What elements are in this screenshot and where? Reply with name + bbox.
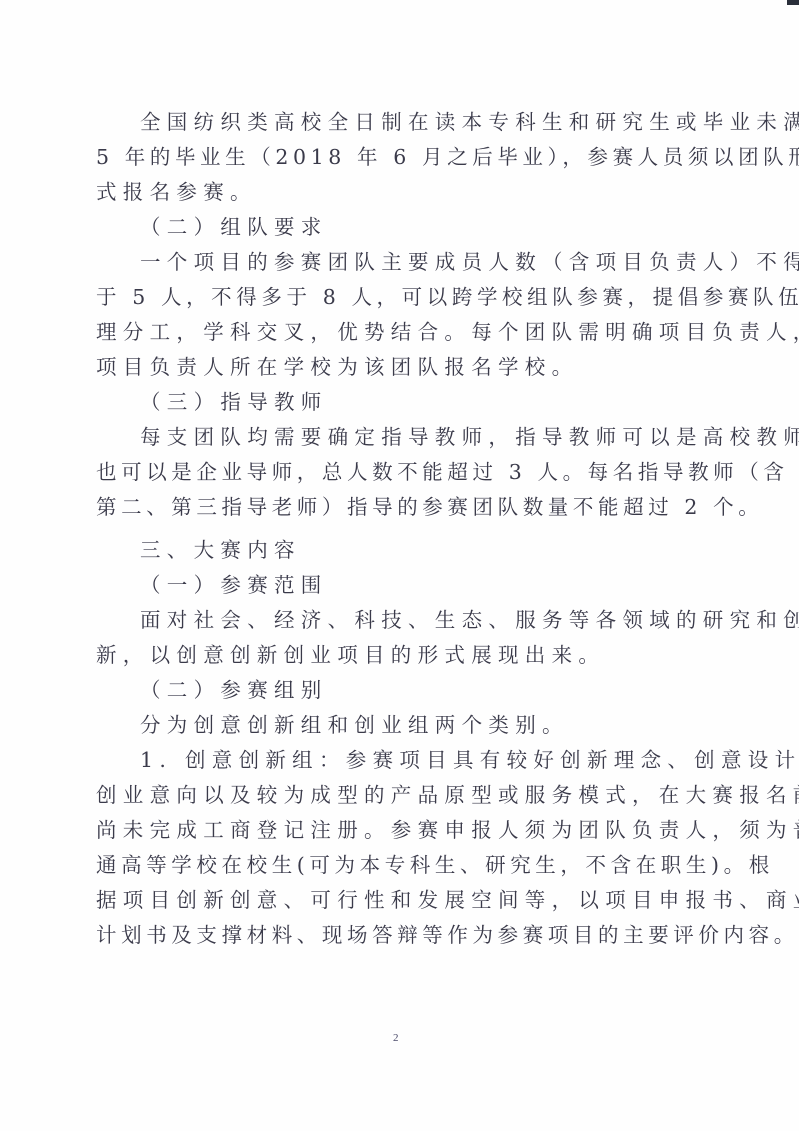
paragraph-innovation-line-4: 通高等学校在校生(可为本专科生、研究生，不含在职生)。根 xyxy=(96,848,704,883)
scanned-page: 全国纺织类高校全日制在读本专科生和研究生或毕业未满 5 年的毕业生（2018 年… xyxy=(0,0,799,1131)
paragraph-categories: 分为创意创新组和创业组两个类别。 xyxy=(96,708,704,743)
paragraph-team-line-4: 项目负责人所在学校为该团队报名学校。 xyxy=(96,350,704,385)
heading-contest-content: 三、大赛内容 xyxy=(96,533,704,568)
paragraph-advisors-line-3: 第二、第三指导老师）指导的参赛团队数量不能超过 2 个。 xyxy=(96,490,704,525)
paragraph-innovation-line-5: 据项目创新创意、可行性和发展空间等，以项目申报书、商业 xyxy=(96,883,704,918)
paragraph-advisors-line-1: 每支团队均需要确定指导教师，指导教师可以是高校教师， xyxy=(96,420,704,455)
heading-advisors: （三）指导教师 xyxy=(96,385,704,420)
paragraph-innovation-line-3: 尚未完成工商登记注册。参赛申报人须为团队负责人，须为普 xyxy=(96,813,704,848)
paragraph-eligibility-line-2: 5 年的毕业生（2018 年 6 月之后毕业），参赛人员须以团队形 xyxy=(96,140,704,175)
paragraph-team-line-3: 理分工，学科交叉，优势结合。每个团队需明确项目负责人，以 xyxy=(96,315,704,350)
paragraph-eligibility-line-1: 全国纺织类高校全日制在读本专科生和研究生或毕业未满 xyxy=(96,105,704,140)
heading-categories: （二）参赛组别 xyxy=(96,673,704,708)
section-gap xyxy=(96,525,704,533)
paragraph-eligibility-line-3: 式报名参赛。 xyxy=(96,175,704,210)
paragraph-team-line-2: 于 5 人，不得多于 8 人，可以跨学校组队参赛，提倡参赛队伍合 xyxy=(96,280,704,315)
scan-edge-artifact xyxy=(787,0,799,5)
paragraph-scope-line-1: 面对社会、经济、科技、生态、服务等各领域的研究和创 xyxy=(96,603,704,638)
paragraph-team-line-1: 一个项目的参赛团队主要成员人数（含项目负责人）不得少 xyxy=(96,245,704,280)
paragraph-innovation-line-1: 1. 创意创新组：参赛项目具有较好创新理念、创意设计或 xyxy=(96,743,704,778)
document-body: 全国纺织类高校全日制在读本专科生和研究生或毕业未满 5 年的毕业生（2018 年… xyxy=(96,105,704,953)
page-number: 2 xyxy=(393,1032,399,1044)
paragraph-innovation-line-6: 计划书及支撑材料、现场答辩等作为参赛项目的主要评价内容。 xyxy=(96,918,704,953)
heading-scope: （一）参赛范围 xyxy=(96,568,704,603)
paragraph-scope-line-2: 新，以创意创新创业项目的形式展现出来。 xyxy=(96,638,704,673)
paragraph-advisors-line-2: 也可以是企业导师，总人数不能超过 3 人。每名指导教师（含 xyxy=(96,455,704,490)
heading-team-requirements: （二）组队要求 xyxy=(96,210,704,245)
paragraph-innovation-line-2: 创业意向以及较为成型的产品原型或服务模式，在大赛报名前 xyxy=(96,778,704,813)
